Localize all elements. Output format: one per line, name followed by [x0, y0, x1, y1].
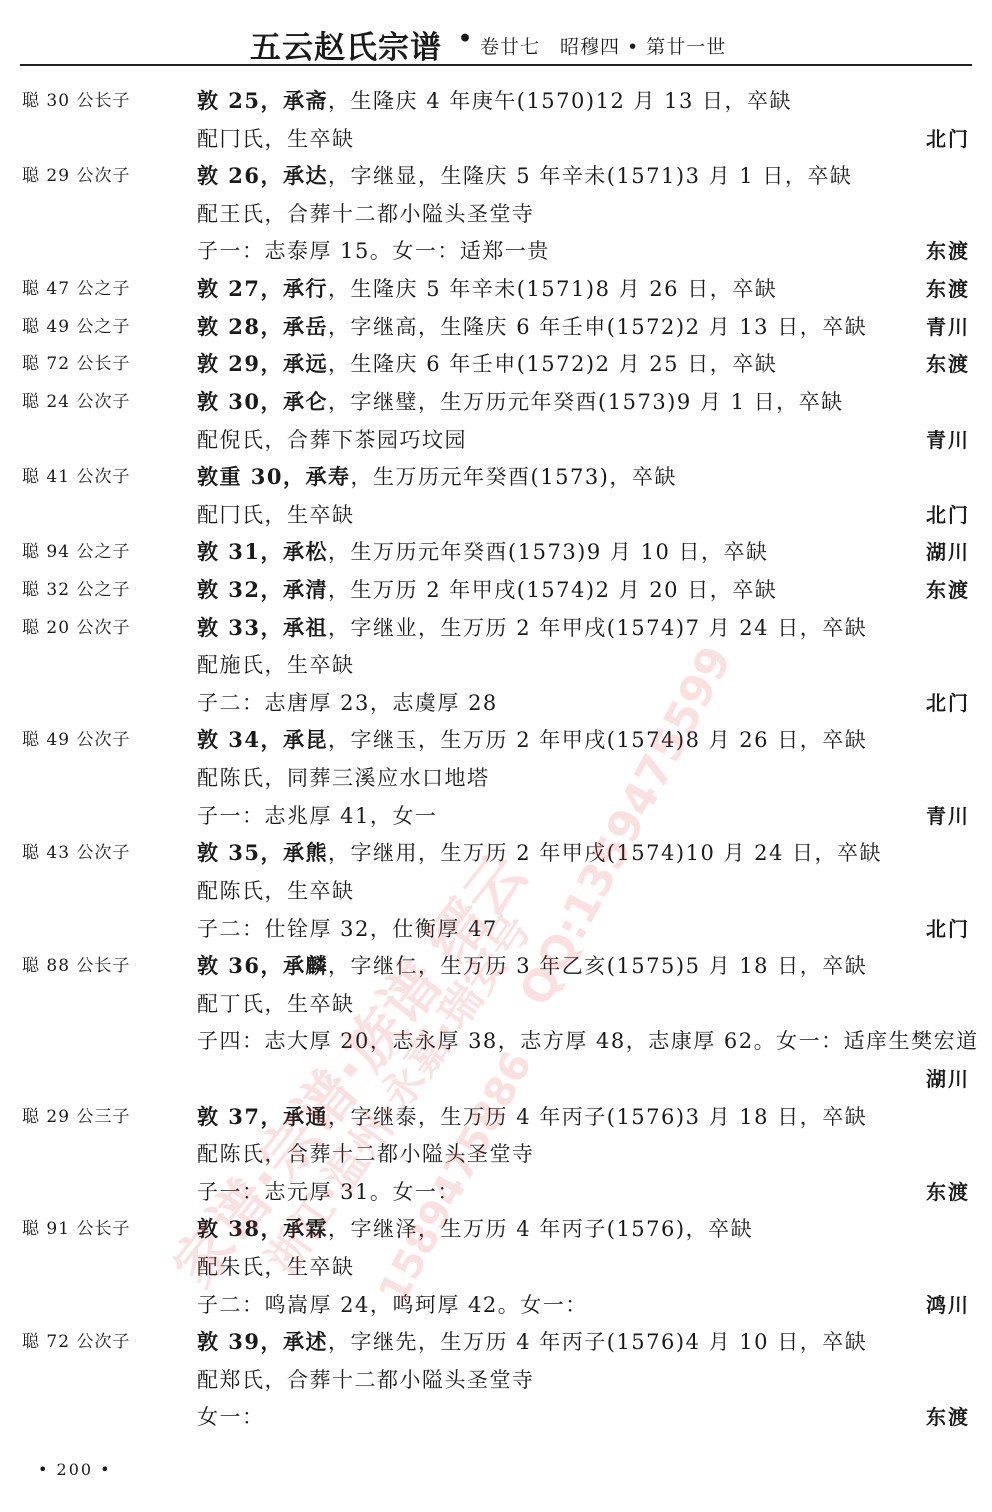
entry-detail: ，生隆庆 4 年庚午(1570)12 月 13 日，卒缺: [328, 89, 792, 113]
entry-line: 聪 72 公次子敦 39，承述，字继先，生万历 4 年丙子(1576)4 月 1…: [0, 1324, 992, 1360]
person-name: 敦 29，承远: [197, 351, 328, 376]
entry-detail: 配朱氏，生卒缺: [197, 1255, 355, 1279]
person-name: 敦 28，承岳: [197, 314, 328, 339]
entry-detail: ，字继高，生隆庆 6 年壬申(1572)2 月 13 日，卒缺: [328, 315, 867, 339]
entry-line: 聪 20 公次子敦 33，承祖，字继业，生万历 2 年甲戌(1574)7 月 2…: [0, 610, 992, 646]
entry-line: 聪 47 公之子敦 27，承行，生隆庆 5 年辛未(1571)8 月 26 日，…: [0, 271, 992, 307]
entry-text: 敦 28，承岳，字继高，生隆庆 6 年壬申(1572)2 月 13 日，卒缺: [197, 309, 867, 345]
residence-place: 东渡: [926, 271, 970, 307]
residence-place: 北门: [926, 911, 970, 947]
entry-detail: ，生万历 2 年甲戌(1574)2 月 20 日，卒缺: [328, 578, 777, 602]
residence-place: 东渡: [926, 1399, 970, 1435]
entry-detail: ，字继仁，生万历 3 年乙亥(1575)5 月 18 日，卒缺: [328, 954, 867, 978]
entry-line: 子四：志大厚 20，志永厚 38，志方厚 48，志康厚 62。女一：适庠生樊宏道: [0, 1023, 992, 1059]
residence-place: 东渡: [926, 346, 970, 382]
entry-detail: 配冂氏，生卒缺: [197, 503, 355, 527]
residence-place: 青川: [926, 309, 970, 345]
residence-place: 北门: [926, 121, 970, 157]
parent-label: 聪 72 公次子: [22, 1324, 130, 1360]
entry-line: 配陈氏，生卒缺: [0, 873, 992, 909]
parent-label: 聪 30 公长子: [22, 83, 130, 119]
entry-line: 配倪氏，合葬下茶园巧坟园青川: [0, 422, 992, 458]
entry-line: 聪 49 公次子敦 34，承昆，字继玉，生万历 2 年甲戌(1574)8 月 2…: [0, 722, 992, 758]
entry-detail: 子一：志元厚 31。女一：: [197, 1180, 460, 1204]
entry-detail: 子一：志兆厚 41，女一: [197, 804, 437, 828]
entry-line: 聪 41 公次子敦重 30，承寿，生万历元年癸酉(1573)，卒缺: [0, 459, 992, 495]
entry-text: 敦 27，承行，生隆庆 5 年辛未(1571)8 月 26 日，卒缺: [197, 271, 777, 307]
parent-label: 聪 20 公次子: [22, 610, 130, 646]
person-name: 敦 26，承达: [197, 163, 328, 188]
residence-place: 东渡: [926, 572, 970, 608]
entry-text: 配冂氏，生卒缺: [197, 121, 355, 157]
entry-detail: ，生隆庆 5 年辛未(1571)8 月 26 日，卒缺: [328, 277, 777, 301]
header-rule: [20, 64, 972, 66]
parent-label: 聪 91 公长子: [22, 1211, 130, 1247]
person-name: 敦 33，承祖: [197, 615, 328, 640]
entry-detail: ，字继泰，生万历 4 年丙子(1576)3 月 18 日，卒缺: [328, 1105, 867, 1129]
entry-text: 配冂氏，生卒缺: [197, 497, 355, 533]
entry-detail: 配冂氏，生卒缺: [197, 127, 355, 151]
entry-text: 配倪氏，合葬下茶园巧坟园: [197, 422, 467, 458]
entry-detail: ，生隆庆 6 年壬申(1572)2 月 25 日，卒缺: [328, 352, 777, 376]
entry-text: 敦 31，承松，生万历元年癸酉(1573)9 月 10 日，卒缺: [197, 534, 768, 570]
entry-line: 聪 24 公次子敦 30，承仑，字继璧，生万历元年癸酉(1573)9 月 1 日…: [0, 384, 992, 420]
entry-line: 子二：志唐厚 23，志虞厚 28北门: [0, 685, 992, 721]
title-separator: •: [458, 26, 472, 52]
entry-text: 敦 38，承霖，字继泽，生万历 4 年丙子(1576)，卒缺: [197, 1211, 753, 1247]
entry-text: 敦 36，承麟，字继仁，生万历 3 年乙亥(1575)5 月 18 日，卒缺: [197, 948, 867, 984]
entry-line: 聪 88 公长子敦 36，承麟，字继仁，生万历 3 年乙亥(1575)5 月 1…: [0, 948, 992, 984]
entry-text: 敦 32，承清，生万历 2 年甲戌(1574)2 月 20 日，卒缺: [197, 572, 777, 608]
entry-text: 配郑氏，合葬十二都小隘头圣堂寺: [197, 1362, 535, 1398]
parent-label: 聪 29 公三子: [22, 1099, 130, 1135]
entry-detail: 配丁氏，生卒缺: [197, 992, 355, 1016]
parent-label: 聪 43 公次子: [22, 835, 130, 871]
entry-text: 子一：志兆厚 41，女一: [197, 798, 437, 834]
entry-detail: ，生万历元年癸酉(1573)，卒缺: [351, 465, 677, 489]
entry-detail: ，字继玉，生万历 2 年甲戌(1574)8 月 26 日，卒缺: [328, 728, 867, 752]
parent-label: 聪 49 公次子: [22, 722, 130, 758]
entry-line: 聪 94 公之子敦 31，承松，生万历元年癸酉(1573)9 月 10 日，卒缺…: [0, 534, 992, 570]
entry-detail: ，字继先，生万历 4 年丙子(1576)4 月 10 日，卒缺: [328, 1330, 867, 1354]
entry-line: 配陈氏，同葬三溪应水口地塔: [0, 760, 992, 796]
entry-detail: 子二：鸣嵩厚 24，鸣珂厚 42。女一：: [197, 1293, 588, 1317]
entry-line: 聪 29 公次子敦 26，承达，字继显，生隆庆 5 年辛未(1571)3 月 1…: [0, 158, 992, 194]
entry-line: 聪 91 公长子敦 38，承霖，字继泽，生万历 4 年丙子(1576)，卒缺: [0, 1211, 992, 1247]
entry-text: 配丁氏，生卒缺: [197, 986, 355, 1022]
entry-detail: ，字继用，生万历 2 年甲戌(1574)10 月 24 日，卒缺: [328, 841, 882, 865]
entry-text: 敦 26，承达，字继显，生隆庆 5 年辛未(1571)3 月 1 日，卒缺: [197, 158, 852, 194]
parent-label: 聪 49 公之子: [22, 309, 130, 345]
entry-line: 子一：志兆厚 41，女一青川: [0, 798, 992, 834]
entry-text: 敦 39，承述，字继先，生万历 4 年丙子(1576)4 月 10 日，卒缺: [197, 1324, 867, 1360]
entry-detail: 配施氏，生卒缺: [197, 653, 355, 677]
person-name: 敦 31，承松: [197, 539, 328, 564]
entry-detail: 配陈氏，生卒缺: [197, 879, 355, 903]
entry-detail: 配陈氏，同葬三溪应水口地塔: [197, 766, 490, 790]
residence-place: 湖川: [926, 1061, 970, 1097]
page-number: • 200 •: [38, 1460, 112, 1479]
entry-detail: ，字继显，生隆庆 5 年辛未(1571)3 月 1 日，卒缺: [328, 164, 852, 188]
entry-detail: ，字继业，生万历 2 年甲戌(1574)7 月 24 日，卒缺: [328, 616, 867, 640]
residence-place: 北门: [926, 685, 970, 721]
person-name: 敦 39，承述: [197, 1329, 328, 1354]
person-name: 敦 37，承通: [197, 1104, 328, 1129]
person-name: 敦 30，承仑: [197, 389, 328, 414]
entry-text: 子二：志唐厚 23，志虞厚 28: [197, 685, 498, 721]
entry-text: 子二：鸣嵩厚 24，鸣珂厚 42。女一：: [197, 1287, 588, 1323]
volume-subtitle: 卷廿七 昭穆四 • 第廿一世: [480, 32, 726, 59]
entry-text: 配施氏，生卒缺: [197, 647, 355, 683]
entry-text: 子一：志元厚 31。女一：: [197, 1174, 460, 1210]
parent-label: 聪 29 公次子: [22, 158, 130, 194]
entry-line: 配陈氏，合葬十二都小隘头圣堂寺: [0, 1136, 992, 1172]
entry-detail: 子一：志泰厚 15。女一：适郑一贵: [197, 239, 550, 263]
entry-detail: 配倪氏，合葬下茶园巧坟园: [197, 428, 467, 452]
entry-line: 聪 72 公长子敦 29，承远，生隆庆 6 年壬申(1572)2 月 25 日，…: [0, 346, 992, 382]
entry-detail: ，字继泽，生万历 4 年丙子(1576)，卒缺: [328, 1217, 753, 1241]
page-header: 五云赵氏宗谱 • 卷廿七 昭穆四 • 第廿一世: [0, 22, 992, 66]
person-name: 敦 34，承昆: [197, 727, 328, 752]
entry-detail: 子二：仕铨厚 32，仕衡厚 47: [197, 917, 498, 941]
residence-place: 北门: [926, 497, 970, 533]
person-name: 敦 36，承麟: [197, 953, 328, 978]
entry-text: 配陈氏，生卒缺: [197, 873, 355, 909]
entry-detail: 女一：: [197, 1405, 265, 1429]
entry-line: 聪 29 公三子敦 37，承通，字继泰，生万历 4 年丙子(1576)3 月 1…: [0, 1099, 992, 1135]
entry-text: 敦 30，承仑，字继璧，生万历元年癸酉(1573)9 月 1 日，卒缺: [197, 384, 844, 420]
entry-line: 子二：鸣嵩厚 24，鸣珂厚 42。女一：鸿川: [0, 1287, 992, 1323]
entry-text: 配陈氏，合葬十二都小隘头圣堂寺: [197, 1136, 535, 1172]
entry-text: 配朱氏，生卒缺: [197, 1249, 355, 1285]
entry-text: 子四：志大厚 20，志永厚 38，志方厚 48，志康厚 62。女一：适庠生樊宏道: [197, 1023, 979, 1059]
entry-text: 配陈氏，同葬三溪应水口地塔: [197, 760, 490, 796]
entry-text: 子一：志泰厚 15。女一：适郑一贵: [197, 233, 550, 269]
entry-text: 子二：仕铨厚 32，仕衡厚 47: [197, 911, 498, 947]
entry-text: 敦 34，承昆，字继玉，生万历 2 年甲戌(1574)8 月 26 日，卒缺: [197, 722, 867, 758]
entry-line: 聪 43 公次子敦 35，承熊，字继用，生万历 2 年甲戌(1574)10 月 …: [0, 835, 992, 871]
entry-line: 配丁氏，生卒缺: [0, 986, 992, 1022]
entry-line: 子一：志元厚 31。女一：东渡: [0, 1174, 992, 1210]
residence-place: 东渡: [926, 233, 970, 269]
person-name: 敦 32，承清: [197, 577, 328, 602]
entry-text: 女一：: [197, 1399, 265, 1435]
parent-label: 聪 24 公次子: [22, 384, 130, 420]
entry-detail: ，字继璧，生万历元年癸酉(1573)9 月 1 日，卒缺: [328, 390, 844, 414]
entry-line: 子一：志泰厚 15。女一：适郑一贵东渡: [0, 233, 992, 269]
entry-line: 配冂氏，生卒缺北门: [0, 121, 992, 157]
entry-text: 敦 33，承祖，字继业，生万历 2 年甲戌(1574)7 月 24 日，卒缺: [197, 610, 867, 646]
parent-label: 聪 41 公次子: [22, 459, 130, 495]
parent-label: 聪 72 公长子: [22, 346, 130, 382]
entry-detail: 配王氏，合葬十二都小隘头圣堂寺: [197, 202, 535, 226]
person-name: 敦 25，承斋: [197, 88, 328, 113]
person-name: 敦 38，承霖: [197, 1216, 328, 1241]
entry-detail: 子二：志唐厚 23，志虞厚 28: [197, 691, 498, 715]
entry-line: 配王氏，合葬十二都小隘头圣堂寺: [0, 196, 992, 232]
parent-label: 聪 47 公之子: [22, 271, 130, 307]
entry-line: 聪 32 公之子敦 32，承清，生万历 2 年甲戌(1574)2 月 20 日，…: [0, 572, 992, 608]
entry-line: 聪 30 公长子敦 25，承斋，生隆庆 4 年庚午(1570)12 月 13 日…: [0, 83, 992, 119]
entry-line: 配郑氏，合葬十二都小隘头圣堂寺: [0, 1362, 992, 1398]
entry-detail: 配郑氏，合葬十二都小隘头圣堂寺: [197, 1368, 535, 1392]
residence-place: 湖川: [926, 534, 970, 570]
entry-text: 敦 35，承熊，字继用，生万历 2 年甲戌(1574)10 月 24 日，卒缺: [197, 835, 882, 871]
entry-line: 子二：仕铨厚 32，仕衡厚 47北门: [0, 911, 992, 947]
entry-line: 配冂氏，生卒缺北门: [0, 497, 992, 533]
entry-line: 配朱氏，生卒缺: [0, 1249, 992, 1285]
entry-line: 女一：东渡: [0, 1399, 992, 1435]
entry-detail: 子四：志大厚 20，志永厚 38，志方厚 48，志康厚 62。女一：适庠生樊宏道: [197, 1029, 979, 1053]
residence-place: 青川: [926, 422, 970, 458]
entry-line: 配施氏，生卒缺: [0, 647, 992, 683]
entry-text: 敦 37，承通，字继泰，生万历 4 年丙子(1576)3 月 18 日，卒缺: [197, 1099, 867, 1135]
residence-place: 鸿川: [926, 1287, 970, 1323]
parent-label: 聪 88 公长子: [22, 948, 130, 984]
entry-line: 湖川: [0, 1061, 992, 1097]
entry-detail: 配陈氏，合葬十二都小隘头圣堂寺: [197, 1142, 535, 1166]
person-name: 敦 27，承行: [197, 276, 328, 301]
person-name: 敦重 30，承寿: [197, 464, 351, 489]
parent-label: 聪 32 公之子: [22, 572, 130, 608]
residence-place: 东渡: [926, 1174, 970, 1210]
entry-text: 敦 29，承远，生隆庆 6 年壬申(1572)2 月 25 日，卒缺: [197, 346, 777, 382]
entry-text: 敦 25，承斋，生隆庆 4 年庚午(1570)12 月 13 日，卒缺: [197, 83, 792, 119]
entry-text: 配王氏，合葬十二都小隘头圣堂寺: [197, 196, 535, 232]
person-name: 敦 35，承熊: [197, 840, 328, 865]
entry-text: 敦重 30，承寿，生万历元年癸酉(1573)，卒缺: [197, 459, 677, 495]
residence-place: 青川: [926, 798, 970, 834]
parent-label: 聪 94 公之子: [22, 534, 130, 570]
book-title: 五云赵氏宗谱: [250, 22, 442, 67]
entry-detail: ，生万历元年癸酉(1573)9 月 10 日，卒缺: [328, 540, 768, 564]
entry-line: 聪 49 公之子敦 28，承岳，字继高，生隆庆 6 年壬申(1572)2 月 1…: [0, 309, 992, 345]
